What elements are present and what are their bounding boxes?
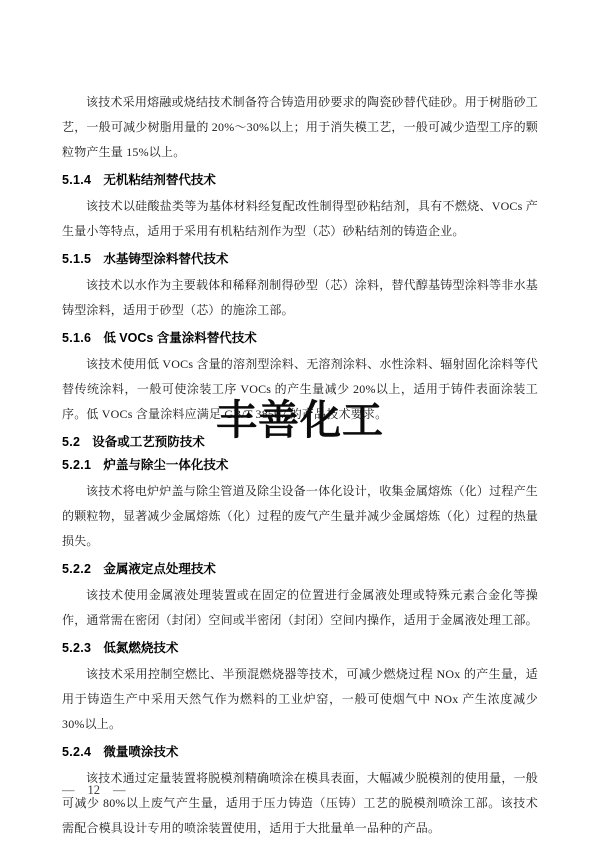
section-paragraph: 该技术以水作为主要载体和稀释剂制得砂型（芯）涂料，替代醇基铸型涂料等非水基铸型涂…: [62, 273, 538, 323]
section-heading-5-1-6: 5.1.6 低 VOCs 含量涂料替代技术: [62, 330, 538, 346]
section-number: 5.1.6: [62, 330, 91, 346]
section-title: 水基铸型涂料替代技术: [103, 251, 228, 267]
footer-left-dash: —: [62, 783, 75, 798]
section-title: 微量喷涂技术: [103, 744, 178, 760]
document-page: 该技术采用熔融或烧结技术制备符合铸造用砂要求的陶瓷砂替代硅砂。用于树脂砂工艺，一…: [0, 0, 600, 848]
section-number: 5.2: [62, 434, 80, 450]
footer-right-dash: —: [113, 783, 126, 798]
section-paragraph: 该技术使用金属液处理装置或在固定的位置进行金属液处理或特殊元素合金化等操作，通常…: [62, 583, 538, 633]
section-title: 金属液定点处理技术: [103, 561, 216, 577]
section-number: 5.1.4: [62, 172, 91, 188]
section-title: 无机粘结剂替代技术: [103, 172, 216, 188]
section-heading-5-2-2: 5.2.2 金属液定点处理技术: [62, 561, 538, 577]
section-heading-5-1-5: 5.1.5 水基铸型涂料替代技术: [62, 251, 538, 267]
section-number: 5.2.2: [62, 561, 91, 577]
section-heading-5-1-4: 5.1.4 无机粘结剂替代技术: [62, 172, 538, 188]
section-paragraph: 该技术将电炉炉盖与除尘管道及除尘设备一体化设计，收集金属熔炼（化）过程产生的颗粒…: [62, 479, 538, 554]
section-number: 5.2.4: [62, 744, 91, 760]
section-title: 设备或工艺预防技术: [92, 434, 205, 450]
section-heading-5-2-1: 5.2.1 炉盖与除尘一体化技术: [62, 457, 538, 473]
section-paragraph: 该技术采用控制空燃比、半预混燃烧器等技术，可减少燃烧过程 NOx 的产生量，适用…: [62, 662, 538, 737]
page-footer: — 12 —: [62, 783, 126, 798]
section-number: 5.2.3: [62, 640, 91, 656]
footer-page-number: 12: [88, 783, 101, 798]
section-title: 炉盖与除尘一体化技术: [103, 457, 228, 473]
section-heading-5-2-3: 5.2.3 低氮燃烧技术: [62, 640, 538, 656]
section-heading-5-2-4: 5.2.4 微量喷涂技术: [62, 744, 538, 760]
section-number: 5.1.5: [62, 251, 91, 267]
intro-paragraph: 该技术采用熔融或烧结技术制备符合铸造用砂要求的陶瓷砂替代硅砂。用于树脂砂工艺，一…: [62, 90, 538, 165]
section-paragraph: 该技术通过定量装置将脱模剂精确喷涂在模具表面，大幅减少脱模剂的使用量，一般可减少…: [62, 766, 538, 841]
section-number: 5.2.1: [62, 457, 91, 473]
section-paragraph: 该技术以硅酸盐类等为基体材料经复配改性制得型砂粘结剂，具有不燃烧、VOCs 产生…: [62, 194, 538, 244]
watermark-text: 丰善化工: [216, 398, 384, 442]
section-title: 低氮燃烧技术: [103, 640, 178, 656]
section-title: 低 VOCs 含量涂料替代技术: [103, 330, 257, 346]
